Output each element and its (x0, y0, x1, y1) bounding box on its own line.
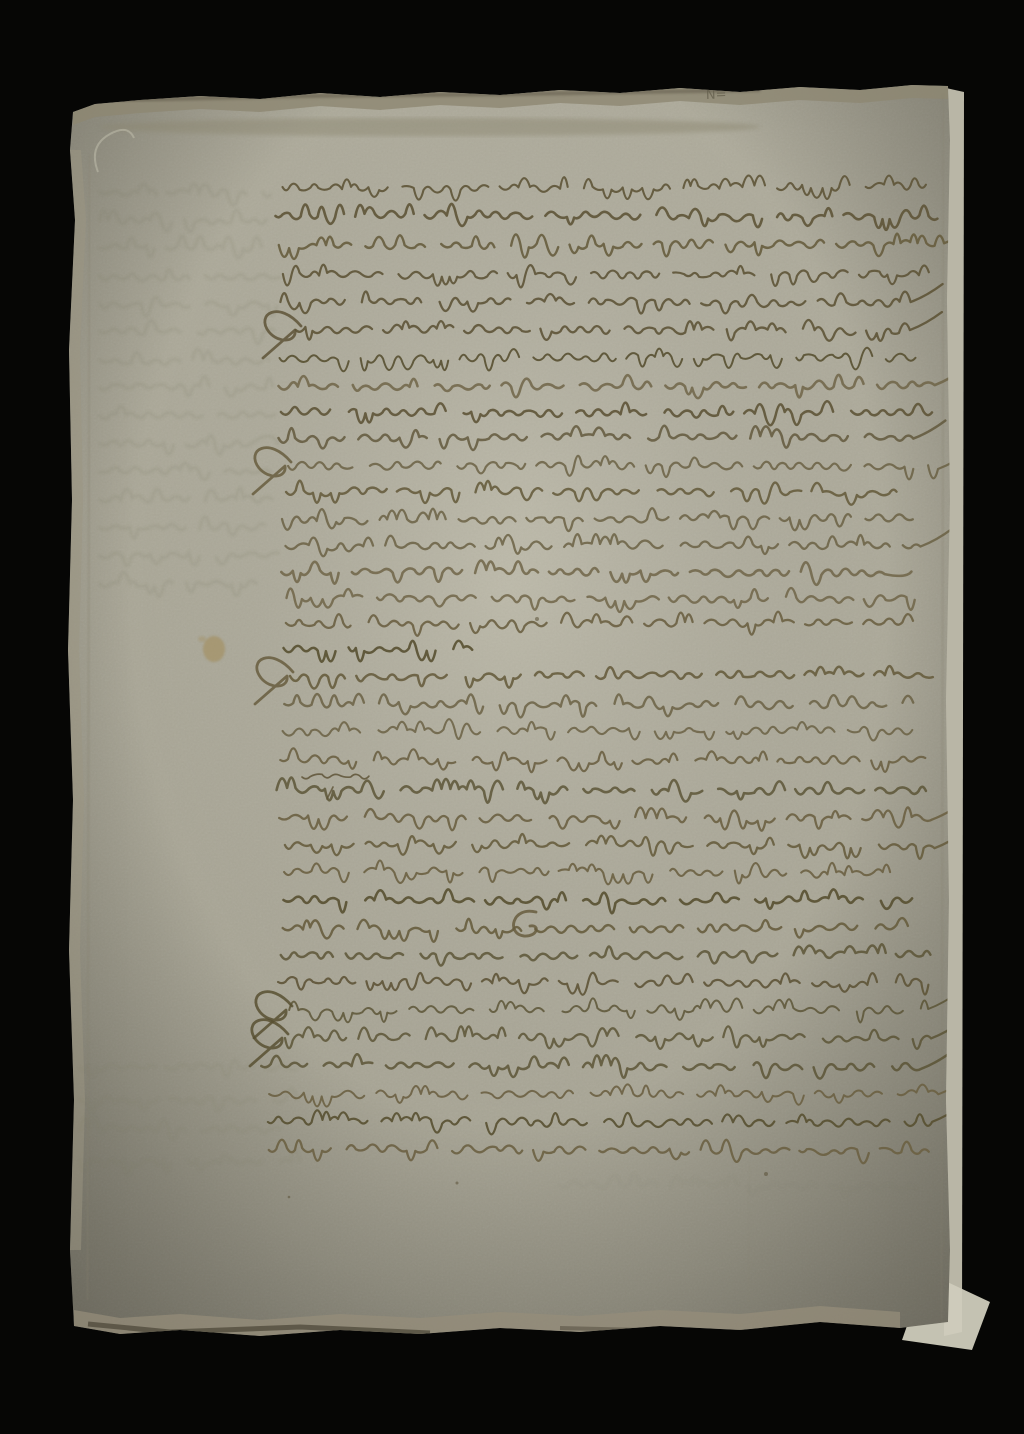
ink-speck (535, 617, 539, 621)
top-shadow-band (100, 118, 760, 136)
paper-vignette (68, 85, 950, 1336)
ink-speck (288, 1196, 291, 1199)
ink-speck (456, 1182, 459, 1185)
manuscript-photo: N= (0, 0, 1024, 1434)
fox-stain-satellite (198, 636, 206, 642)
scene-svg: N= (0, 0, 1024, 1434)
fox-stain (203, 636, 225, 662)
page-surface: N= (60, 78, 976, 1348)
ink-speck (764, 1172, 768, 1176)
